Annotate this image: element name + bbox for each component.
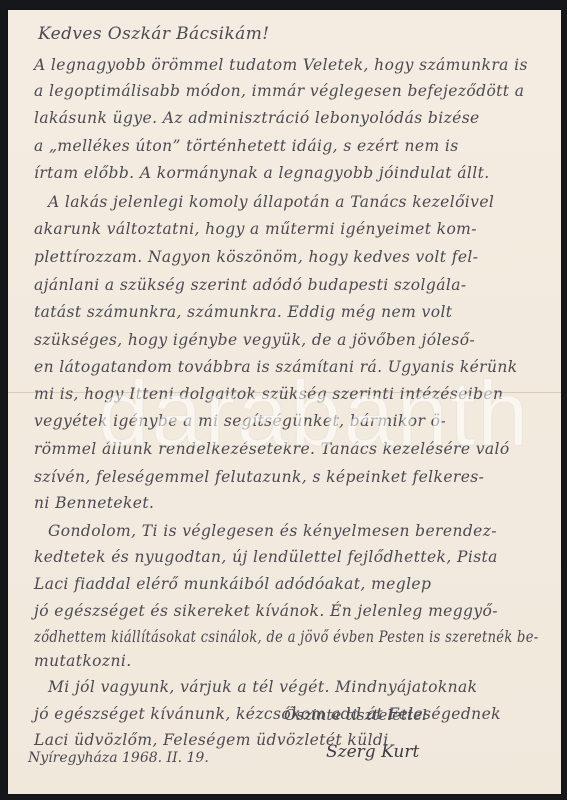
letter-line: mutatkozni. <box>34 652 132 670</box>
letter-signature: Szerg Kurt <box>326 742 419 762</box>
letter-line: A lakás jelenlegi komoly állapotán a Tan… <box>48 193 494 211</box>
letter-line: mi is, hogy Itteni dolgaitok szükség sze… <box>34 385 503 403</box>
letter-line: en látogatandom továbbra is számítani rá… <box>34 358 518 376</box>
letter-line: szívén, feleségemmel felutazunk, s képei… <box>34 468 484 486</box>
letter-line: vegyétek igénybe a mi segítségünket, bár… <box>34 412 446 430</box>
letter-closing: Őszinte tisztelettel <box>284 706 427 724</box>
letter-line: Laci fiaddal elérő munkáiból adódóakat, … <box>34 575 431 593</box>
letter-line: ződhettem kiállításokat csinálok, de a j… <box>34 628 538 646</box>
letter-line: kedtetek és nyugodtan, új lendülettel fe… <box>34 548 498 566</box>
letter-line: jó egészséget kívánunk, kézcsókom add át… <box>34 705 501 723</box>
letter-line: Mi jól vagyunk, várjuk a tél végét. Mind… <box>48 678 477 696</box>
letter-place-date: Nyíregyháza 1968. II. 19. <box>28 750 209 766</box>
letter-line: ajánlani a szükség szerint adódó budapes… <box>34 276 467 294</box>
letter-sheet: Kedves Oszkár Bácsikám! A legnagyobb örö… <box>8 10 561 794</box>
letter-line: szükséges, hogy igénybe vegyük, de a jöv… <box>34 331 475 349</box>
scan-background: Kedves Oszkár Bácsikám! A legnagyobb örö… <box>0 0 567 800</box>
letter-line: lakásunk ügye. Az adminisztráció lebonyo… <box>34 109 480 127</box>
letter-line: akarunk változtatni, hogy a műtermi igén… <box>34 220 477 238</box>
letter-line: ni Benneteket. <box>34 494 154 512</box>
letter-line: römmel állunk rendelkezésetekre. Tanács … <box>34 440 510 458</box>
letter-line: írtam előbb. A kormánynak a legnagyobb j… <box>34 164 490 182</box>
letter-line: tatást számunkra, számunkra. Eddig még n… <box>34 303 452 321</box>
letter-line: a „mellékes úton” történhetett idáig, s … <box>34 137 459 155</box>
letter-salutation: Kedves Oszkár Bácsikám! <box>38 24 269 44</box>
letter-line: a legoptimálisabb módon, immár véglegese… <box>34 82 524 100</box>
letter-line: jó egészséget és sikereket kívánok. Én j… <box>34 602 498 620</box>
letter-line: plettírozzam. Nagyon köszönöm, hogy kedv… <box>34 248 478 266</box>
letter-line: Gondolom, Ti is véglegesen és kényelmese… <box>48 522 497 540</box>
letter-line: A legnagyobb örömmel tudatom Veletek, ho… <box>34 56 528 74</box>
